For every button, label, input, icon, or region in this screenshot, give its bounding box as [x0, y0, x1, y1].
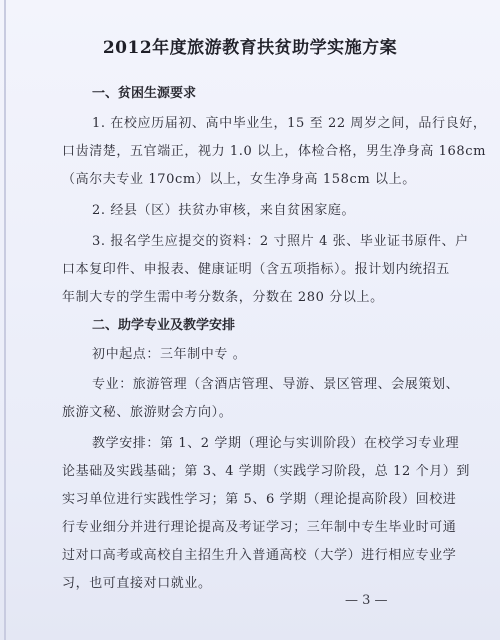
text-line: 3. 报名学生应提交的资料：2 寸照片 4 张、毕业证书原件、户 [92, 230, 469, 249]
text-line: 1. 在校应历届初、高中毕业生，15 至 22 周岁之间，品行良好， [92, 112, 486, 131]
text-line: 论基础及实践基础；第 3、4 学期（实践学习阶段，总 12 个月）到 [62, 460, 470, 479]
document-page: 2012年度旅游教育扶贫助学实施方案 一、贫困生源要求 1. 在校应历届初、高中… [0, 0, 500, 640]
text-line: 2. 经县（区）扶贫办审核，来自贫困家庭。 [92, 199, 355, 218]
section-heading-1: 一、贫困生源要求 [92, 82, 196, 101]
page-edge [4, 0, 6, 640]
section-heading-2: 二、助学专业及教学安排 [92, 314, 235, 333]
text-line: （高尔夫专业 170cm）以上，女生净身高 158cm 以上。 [62, 168, 416, 187]
text-line: 教学安排：第 1、2 学期（理论与实训阶段）在校学习专业理 [92, 432, 459, 451]
text-line: 行专业细分并进行理论提高及考证学习；三年制中专生毕业时可通 [62, 516, 456, 535]
text-line: 口本复印件、申报表、健康证明（含五项指标）。报计划内统招五 [62, 258, 450, 277]
text-line: 初中起点：三年制中专 。 [92, 343, 246, 362]
text-line: 习，也可直接对口就业。 [62, 572, 212, 591]
page-number: — 3 — [345, 593, 388, 608]
text-line: 实习单位进行实践性学习；第 5、6 学期（理论提高阶段）回校进 [62, 488, 456, 507]
text-line: 年制大专的学生需中考分数条，分数在 280 分以上。 [62, 286, 384, 305]
text-line: 专业：旅游管理（含酒店管理、导游、景区管理、会展策划、 [92, 373, 459, 392]
text-line: 口齿清楚，五官端正，视力 1.0 以上，体检合格，男生净身高 168cm [62, 140, 486, 159]
text-line: 过对口高考或高校自主招生升入普通高校（大学）进行相应专业学 [62, 544, 456, 563]
text-line: 旅游文秘、旅游财会方向）。 [62, 401, 232, 420]
document-title: 2012年度旅游教育扶贫助学实施方案 [0, 33, 500, 58]
